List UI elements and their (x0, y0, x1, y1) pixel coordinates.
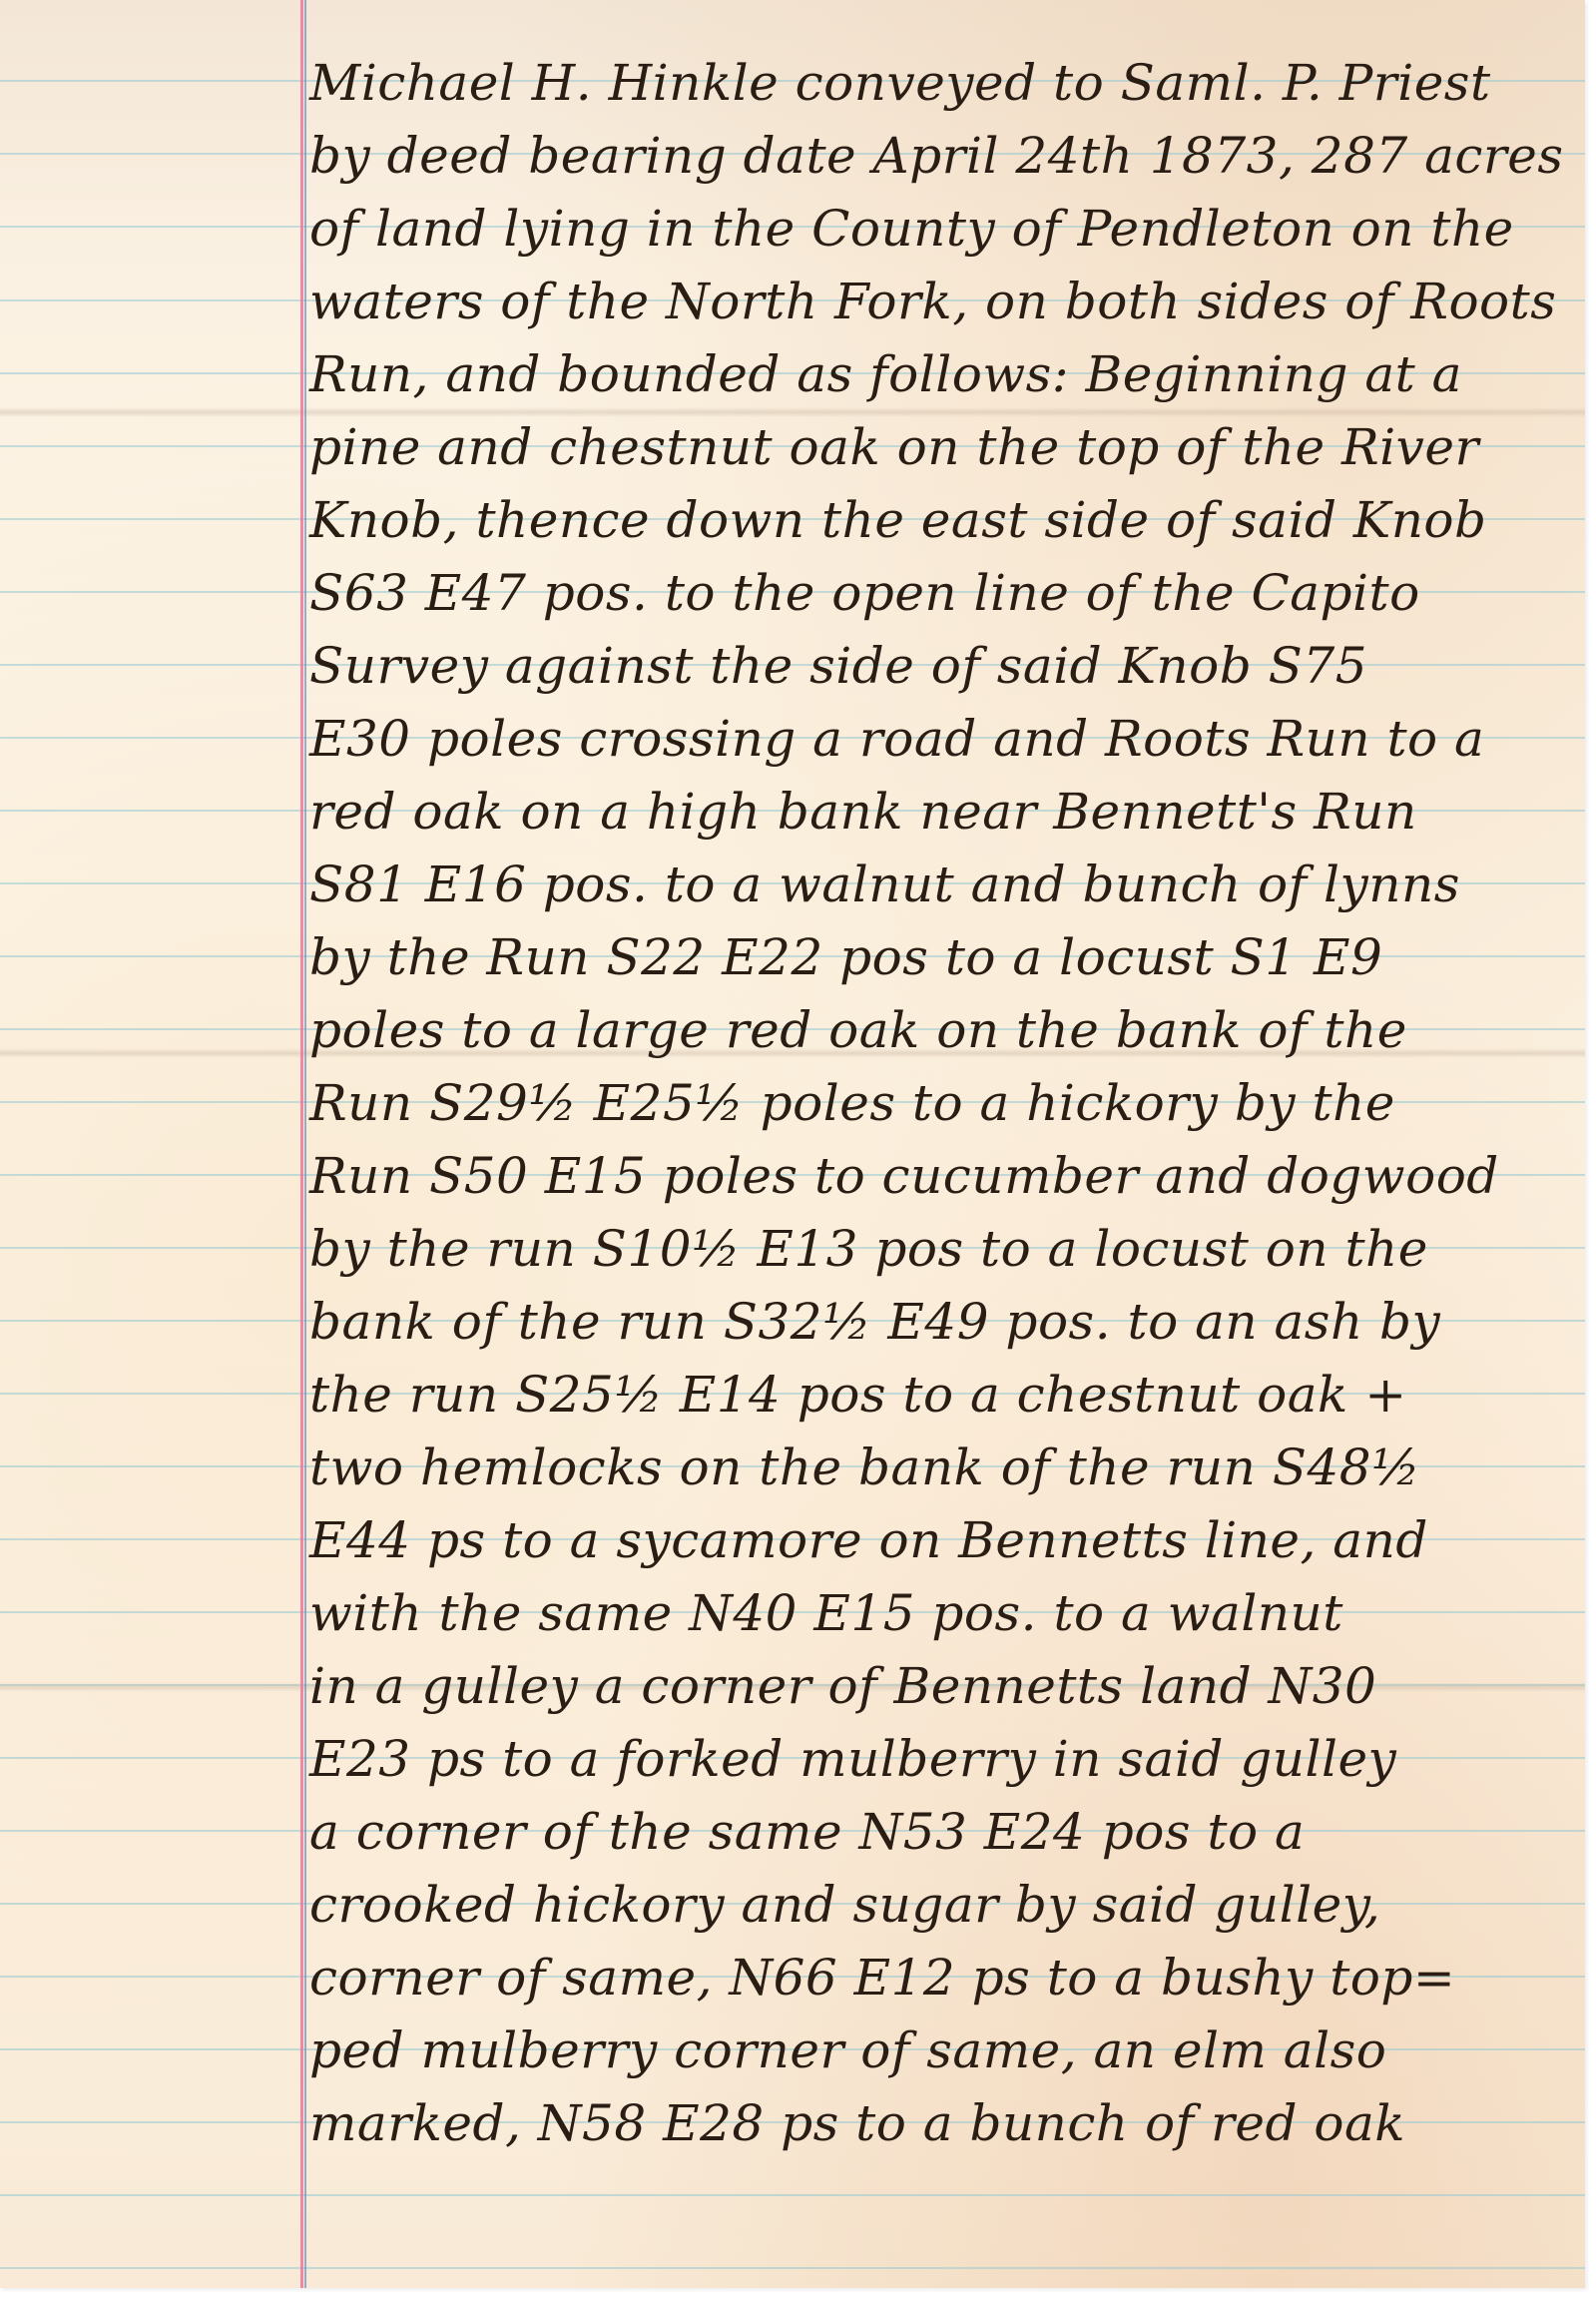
paper-sheet: Michael H. Hinkle conveyed to Saml. P. P… (0, 0, 1585, 2288)
text-line: poles to a large red oak on the bank of … (309, 1005, 1407, 1055)
text-line: E30 poles crossing a road and Roots Run … (309, 714, 1484, 764)
text-line: bank of the run S32½ E49 pos. to an ash … (309, 1297, 1440, 1347)
text-line: by the Run S22 E22 pos to a locust S1 E9 (309, 932, 1382, 982)
ruled-line (0, 2267, 1585, 2269)
text-line: Run S29½ E25½ poles to a hickory by the (309, 1078, 1395, 1128)
fold-crease (0, 407, 1585, 417)
ruled-line (0, 2194, 1585, 2196)
text-line: of land lying in the County of Pendleton… (309, 204, 1514, 254)
text-line: by the run S10½ E13 pos to a locust on t… (309, 1224, 1428, 1274)
text-line: red oak on a high bank near Bennett's Ru… (309, 787, 1417, 837)
margin-line-red (300, 0, 303, 2288)
text-line: Survey against the side of said Knob S75 (309, 641, 1367, 691)
margin-line-blue (304, 0, 306, 2288)
text-line: crooked hickory and sugar by said gulley… (309, 1880, 1380, 1930)
text-line: with the same N40 E15 pos. to a walnut (309, 1588, 1343, 1638)
text-line: ped mulberry corner of same, an elm also (309, 2025, 1386, 2075)
text-line: Run S50 E15 poles to cucumber and dogwoo… (309, 1151, 1499, 1201)
text-line: in a gulley a corner of Bennetts land N3… (309, 1661, 1376, 1711)
text-line: corner of same, N66 E12 ps to a bushy to… (309, 1953, 1455, 2003)
text-line: a corner of the same N53 E24 pos to a (309, 1807, 1305, 1857)
text-line: waters of the North Fork, on both sides … (309, 277, 1556, 326)
text-line: pine and chestnut oak on the top of the … (309, 422, 1479, 472)
text-line: Michael H. Hinkle conveyed to Saml. P. P… (309, 58, 1491, 108)
text-line: E23 ps to a forked mulberry in said gull… (309, 1734, 1396, 1784)
text-line: Run, and bounded as follows: Beginning a… (309, 349, 1462, 399)
text-line: S81 E16 pos. to a walnut and bunch of ly… (309, 860, 1460, 909)
text-line: the run S25½ E14 pos to a chestnut oak + (309, 1370, 1407, 1420)
text-line: E44 ps to a sycamore on Bennetts line, a… (309, 1515, 1428, 1565)
text-line: S63 E47 pos. to the open line of the Cap… (309, 568, 1420, 618)
text-line: two hemlocks on the bank of the run S48½ (309, 1442, 1420, 1492)
text-line: marked, N58 E28 ps to a bunch of red oak (309, 2098, 1405, 2148)
text-line: Knob, thence down the east side of said … (309, 495, 1487, 545)
text-line: by deed bearing date April 24th 1873, 28… (309, 131, 1564, 181)
